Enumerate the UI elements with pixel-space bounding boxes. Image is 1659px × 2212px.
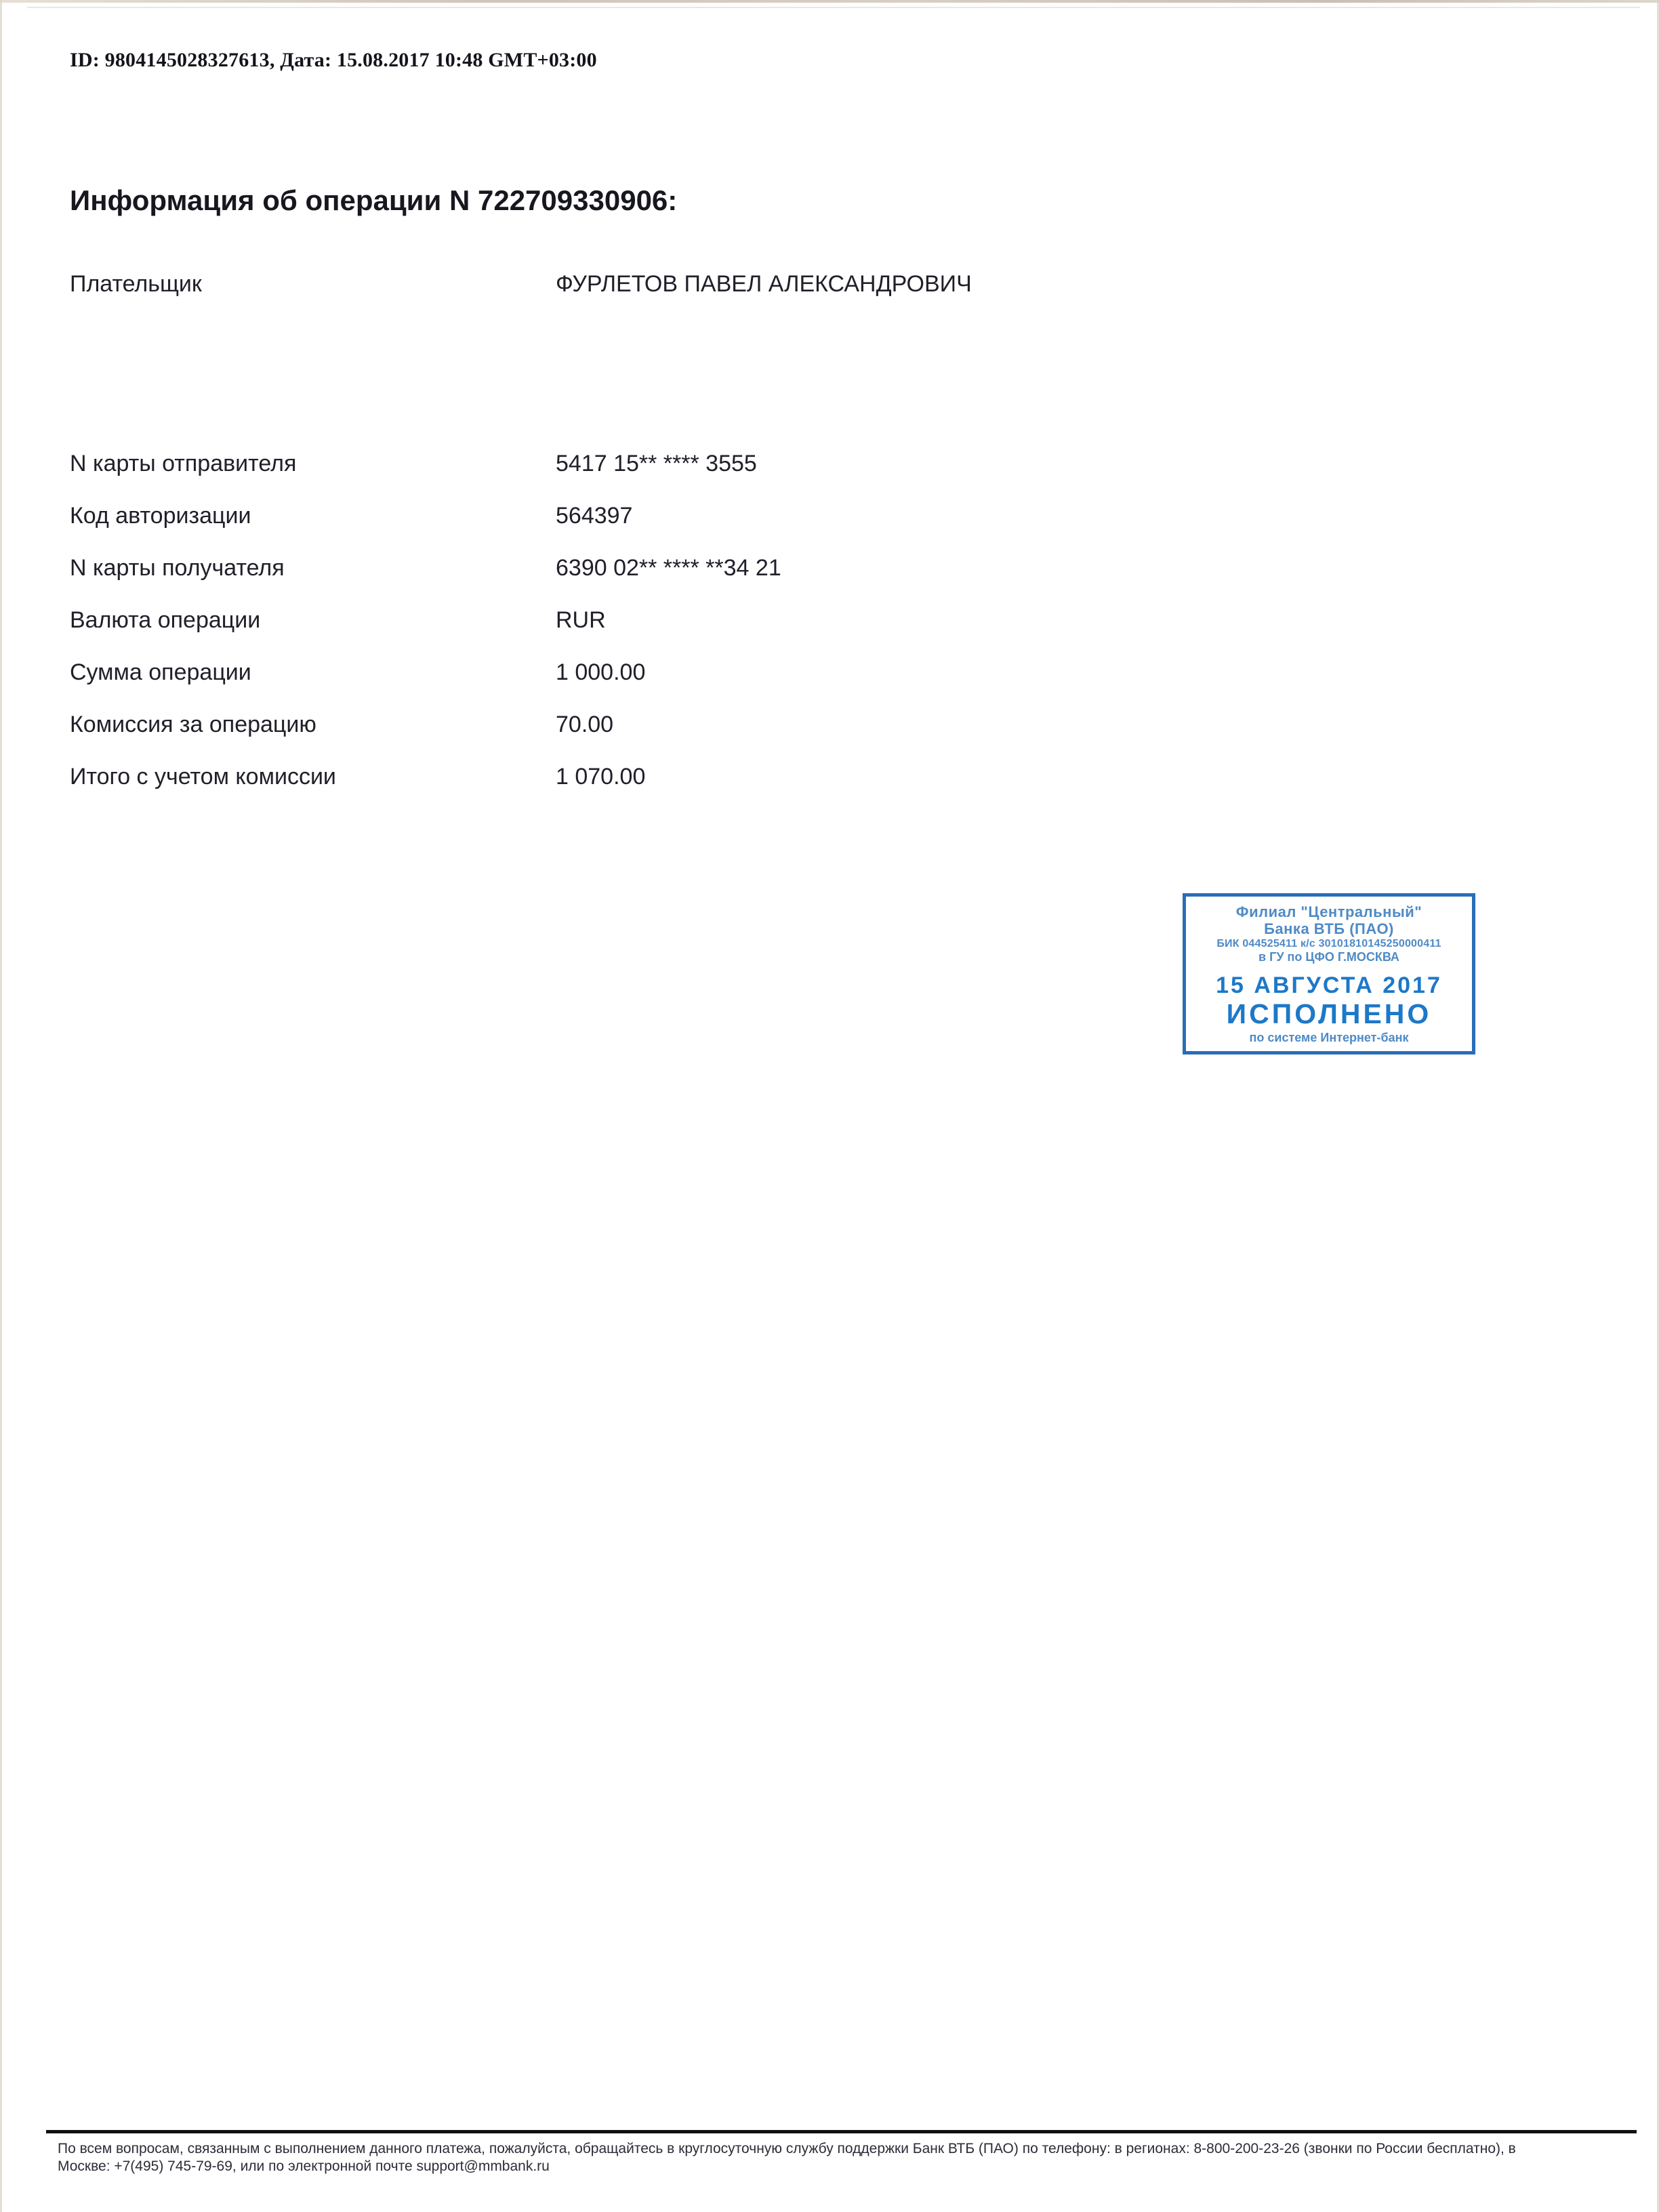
- payer-label: Плательщик: [70, 271, 202, 298]
- footer-divider: [46, 2130, 1637, 2133]
- sender-card-label: N карты отправителя: [70, 451, 296, 477]
- support-footer: По всем вопросам, связанным с выполнение…: [58, 2140, 1643, 2175]
- row-currency: Валюта операции RUR: [70, 607, 1588, 659]
- support-footer-line1: По всем вопросам, связанным с выполнение…: [58, 2140, 1643, 2158]
- stamp-branch-line2: Банка ВТБ (ПАО): [1186, 920, 1472, 937]
- page-title: Информация об операции N 722709330906:: [70, 184, 677, 217]
- bank-executed-stamp: Филиал "Центральный" Банка ВТБ (ПАО) БИК…: [1183, 893, 1475, 1054]
- recipient-card-label: N карты получателя: [70, 555, 285, 581]
- stamp-requisites: БИК 044525411 к/с 30101810145250000411: [1186, 937, 1472, 950]
- row-fee: Комиссия за операцию 70.00: [70, 712, 1588, 764]
- total-value: 1 070.00: [556, 764, 645, 790]
- amount-label: Сумма операции: [70, 659, 251, 686]
- total-label: Итого с учетом комиссии: [70, 764, 336, 790]
- currency-label: Валюта операции: [70, 607, 260, 634]
- sender-card-value: 5417 15** **** 3555: [556, 451, 757, 477]
- row-payer: Плательщик ФУРЛЕТОВ ПАВЕЛ АЛЕКСАНДРОВИЧ: [70, 271, 1588, 323]
- currency-value: RUR: [556, 607, 606, 634]
- scan-edge-top-faint: [27, 7, 1640, 8]
- support-footer-line2: Москве: +7(495) 745-79-69, или по электр…: [58, 2158, 1643, 2175]
- scan-edge-left: [0, 0, 2, 2212]
- row-amount: Сумма операции 1 000.00: [70, 659, 1588, 712]
- auth-code-value: 564397: [556, 503, 632, 529]
- payer-value: ФУРЛЕТОВ ПАВЕЛ АЛЕКСАНДРОВИЧ: [556, 271, 972, 298]
- fee-value: 70.00: [556, 712, 613, 738]
- document-id-line: ID: 9804145028327613, Дата: 15.08.2017 1…: [70, 49, 597, 72]
- operation-details: N карты отправителя 5417 15** **** 3555 …: [70, 451, 1588, 816]
- row-total: Итого с учетом комиссии 1 070.00: [70, 764, 1588, 816]
- row-auth-code: Код авторизации 564397: [70, 503, 1588, 555]
- stamp-branch-line1: Филиал "Центральный": [1186, 903, 1472, 920]
- stamp-status: ИСПОЛНЕНО: [1186, 998, 1472, 1029]
- amount-value: 1 000.00: [556, 659, 645, 686]
- row-recipient-card: N карты получателя 6390 02** **** **34 2…: [70, 555, 1588, 607]
- scan-edge-top: [0, 0, 1659, 3]
- stamp-system: по системе Интернет-банк: [1186, 1031, 1472, 1045]
- auth-code-label: Код авторизации: [70, 503, 251, 529]
- receipt-page: ID: 9804145028327613, Дата: 15.08.2017 1…: [0, 0, 1659, 2212]
- stamp-date: 15 АВГУСТА 2017: [1186, 972, 1472, 998]
- recipient-card-value: 6390 02** **** **34 21: [556, 555, 781, 581]
- row-sender-card: N карты отправителя 5417 15** **** 3555: [70, 451, 1588, 503]
- fee-label: Комиссия за операцию: [70, 712, 316, 738]
- stamp-location: в ГУ по ЦФО Г.МОСКВА: [1186, 950, 1472, 964]
